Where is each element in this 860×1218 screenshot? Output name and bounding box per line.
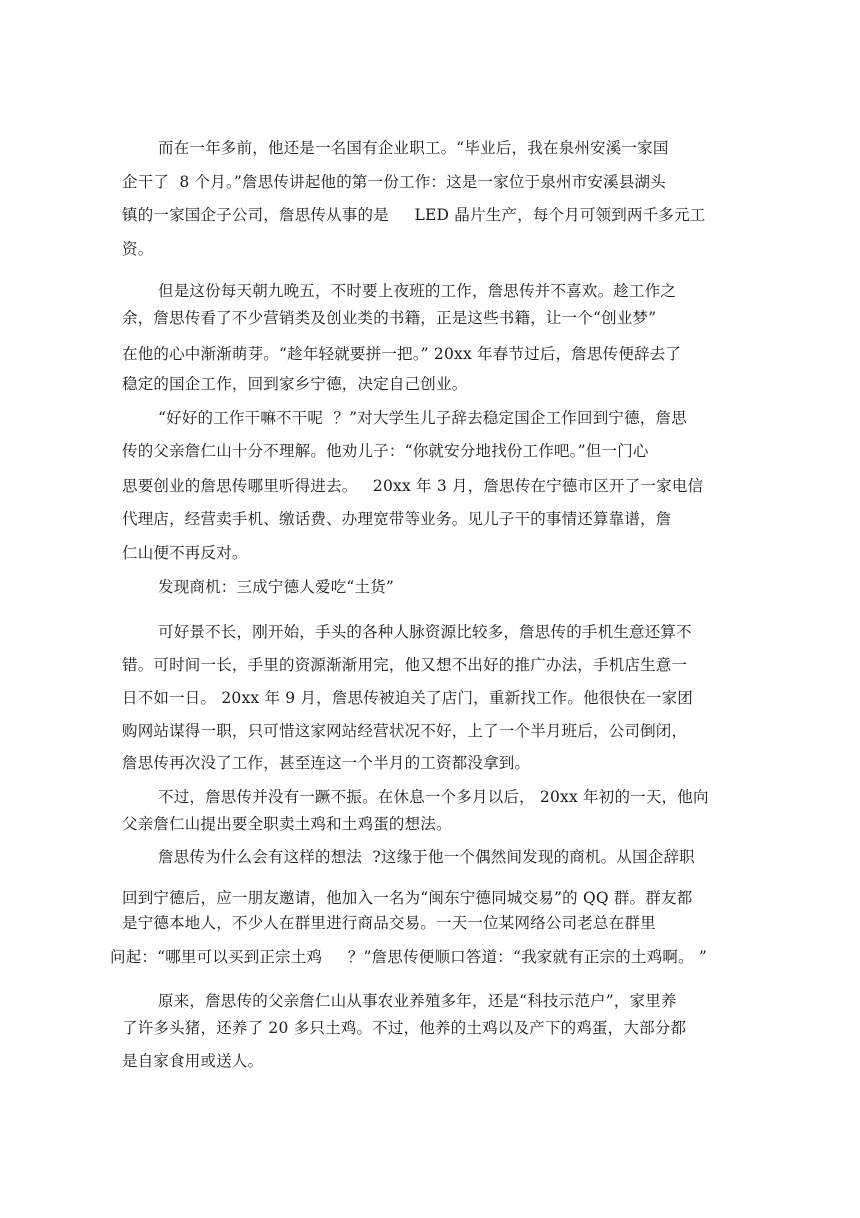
text-line: 是自家食用或送人。 <box>122 1051 263 1071</box>
text-line: 稳定的国企工作，回到家乡宁德，决定自己创业。 <box>122 374 467 394</box>
text-line: 仁山便不再反对。 <box>122 543 248 563</box>
text-line: 是宁德本地人，不少人在群里进行商品交易。一天一位某网络公司老总在群里 <box>122 913 656 933</box>
text-line: 问起：“哪里可以买到正宗土鸡 ？”詹思传便顺口答道：“我家就有正宗的土鸡啊。 ” <box>110 947 707 967</box>
text-line: 父亲詹仁山提出要全职卖土鸡和土鸡蛋的想法。 <box>122 814 452 834</box>
text-line: 购网站谋得一职，只可惜这家网站经营状况不好，上了一个半月班后，公司倒闭， <box>122 721 687 741</box>
text-line: 而在一年多前，他还是一名国有企业职工。“毕业后，我在泉州安溪一家国 <box>158 138 669 158</box>
text-line: 原来，詹思传的父亲詹仁山从事农业养殖多年，还是“科技示范户”，家里养 <box>158 991 677 1011</box>
text-line: 回到宁德后，应一朋友邀请，他加入一名为“闽东宁德同城交易”的 QQ 群。群友都 <box>122 888 692 908</box>
text-line: 代理店，经营卖手机、缴话费、办理宽带等业务。见儿子干的事情还算靠谱，詹 <box>122 509 672 529</box>
text-line: 思要创业的詹思传哪里听得进去。 20xx 年 3 月，詹思传在宁德市区开了一家电… <box>122 476 703 496</box>
text-line: “好好的工作干嘛不干呢 ？”对大学生儿子辞去稳定国企工作回到宁德，詹思 <box>158 408 687 428</box>
text-line: 余，詹思传看了不少营销类及创业类的书籍，正是这些书籍，让一个“创业梦” <box>122 308 656 328</box>
text-line: 不过，詹思传并没有一蹶不振。在休息一个多月以后， 20xx 年初的一天，他向 <box>158 787 709 807</box>
text-line: 了许多头猪，还养了 20 多只土鸡。不过，他养的土鸡以及产下的鸡蛋，大部分都 <box>122 1018 686 1038</box>
text-line: 企干了 8 个月。”詹思传讲起他的第一份工作：这是一家位于泉州市安溪县湖头 <box>122 172 666 192</box>
section-heading: 发现商机：三成宁德人爱吃“土货” <box>158 577 394 597</box>
text-line: 詹思传再次没了工作，甚至连这一个半月的工资都没拿到。 <box>122 753 530 773</box>
text-line: 可好景不长，刚开始，手头的各种人脉资源比较多，詹思传的手机生意还算不 <box>158 622 692 642</box>
text-line: 镇的一家国企子公司，詹思传从事的是 LED 晶片生产，每个月可领到两千多元工 <box>122 205 706 225</box>
text-line: 错。可时间一长，手里的资源渐渐用完，他又想不出好的推广办法，手机店生意一 <box>122 655 687 675</box>
document-page: 而在一年多前，他还是一名国有企业职工。“毕业后，我在泉州安溪一家国 企干了 8 … <box>0 0 860 1218</box>
text-line: 詹思传为什么会有这样的想法 ?这缘于他一个偶然间发现的商机。从国企辞职 <box>158 847 695 867</box>
text-line: 但是这份每天朝九晚五，不时要上夜班的工作，詹思传并不喜欢。趁工作之 <box>158 281 676 301</box>
text-line: 资。 <box>122 239 153 259</box>
text-line: 在他的心中渐渐萌芽。“趁年轻就要拼一把。” 20xx 年春节过后，詹思传便辞去了 <box>122 344 681 364</box>
text-line: 日不如一日。 20xx 年 9 月，詹思传被迫关了店门，重新找工作。他很快在一家… <box>122 688 693 708</box>
text-line: 传的父亲詹仁山十分不理解。他劝儿子：“你就安分地找份工作吧。”但一门心 <box>122 441 649 461</box>
